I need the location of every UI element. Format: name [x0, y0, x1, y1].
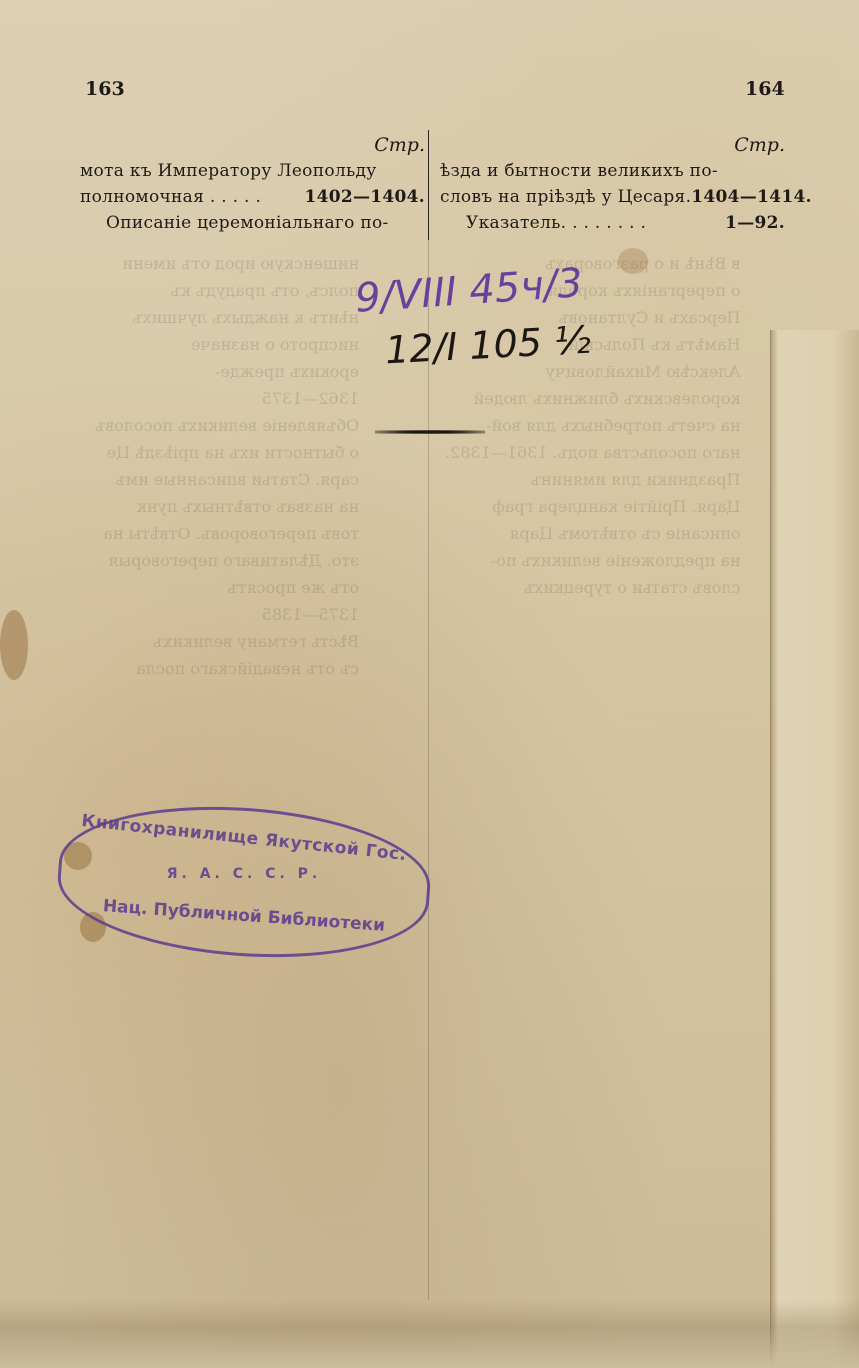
- toc-line: Указатель. . . . . . . . 1—92.: [440, 210, 785, 236]
- stain: [618, 248, 648, 274]
- page-number-right: 164: [745, 78, 785, 100]
- column-divider-bleed: [428, 240, 429, 1300]
- stain: [0, 610, 28, 680]
- stamp-text-middle: Я. А. С. С. Р.: [58, 866, 430, 882]
- scanned-book-page: в Вѣнѣ и о разговорахъ о перерганіяхъ ко…: [0, 0, 859, 1368]
- page-range: 1404—1414.: [691, 184, 812, 210]
- toc-line: словъ на пріѣздѣ у Цесаря. 1404—1414.: [440, 184, 785, 210]
- page-range: 1402—1404.: [304, 184, 425, 210]
- torn-bottom-edge: [0, 1300, 859, 1368]
- toc-line: Описаніе церемоніальнаго по-: [80, 210, 425, 236]
- toc-line: полномочная . . . . . 1402—1404.: [80, 184, 425, 210]
- column-header-pages: Стр.: [440, 132, 785, 158]
- page-range: 1—92.: [725, 210, 785, 236]
- right-column: Стр. ѣзда и бытности великихъ по- словъ …: [440, 132, 785, 236]
- column-header-pages: Стр.: [80, 132, 425, 158]
- ornamental-rule: [375, 430, 485, 434]
- bleed-through-text: нишенскую ирод отъ имени полсъ, отъ прад…: [95, 250, 359, 682]
- column-divider: [428, 130, 429, 240]
- left-column: Стр. мота къ Императору Леопольду полном…: [80, 132, 425, 236]
- page-number-left: 163: [85, 78, 125, 100]
- folded-page-edge: [770, 330, 859, 1368]
- toc-line: ѣзда и бытности великихъ по-: [440, 158, 785, 184]
- library-stamp: Книгохранилище Якутской Гос. Я. А. С. С.…: [58, 808, 430, 956]
- toc-line: мота къ Императору Леопольду: [80, 158, 425, 184]
